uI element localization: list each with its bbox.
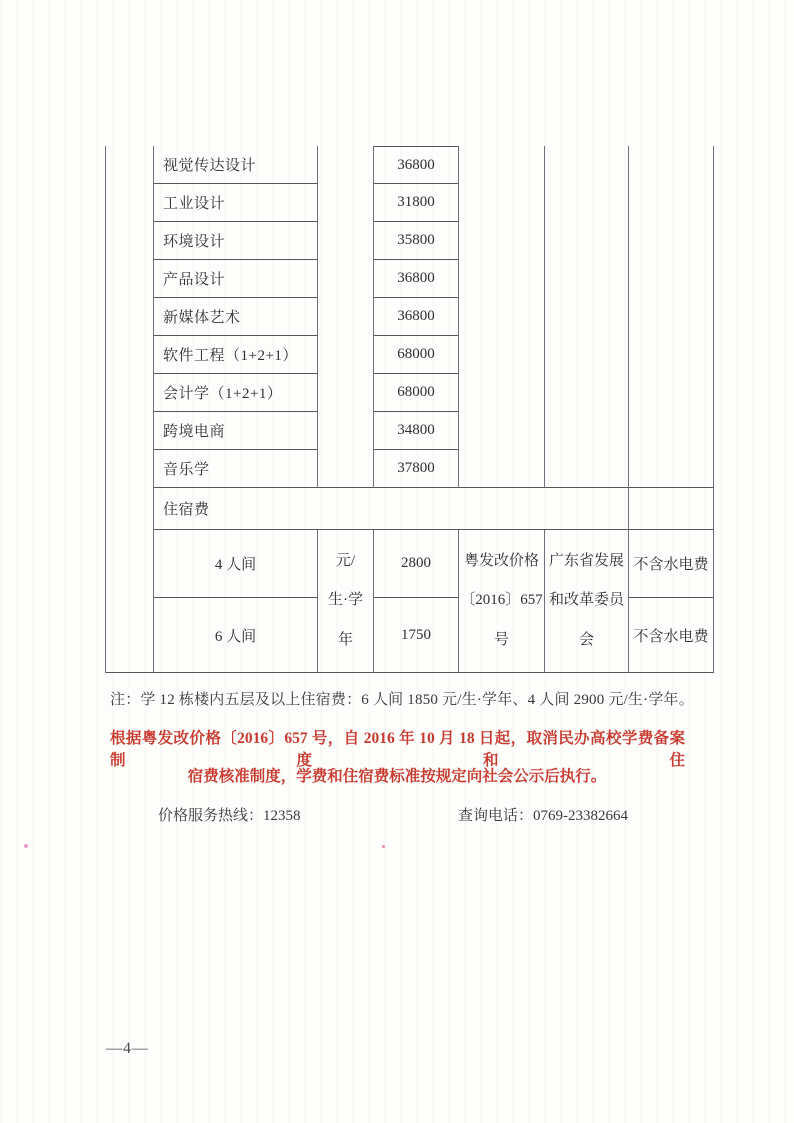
tuition-row-label: 环境设计 — [154, 222, 318, 260]
tuition-row-label: 会计学（1+2+1） — [154, 374, 318, 412]
tuition-row-label: 音乐学 — [154, 450, 318, 488]
tuition-row-label: 产品设计 — [154, 260, 318, 298]
scan-speck — [382, 845, 385, 848]
approval-authority-line: 广东省发展 — [549, 553, 624, 570]
dorm-note-text: 注：学 12 栋楼内五层及以上住宿费：6 人间 1850 元/生·学年、4 人间… — [110, 688, 694, 709]
tuition-row-amount: 36800 — [374, 146, 459, 184]
tuition-row-label: 跨境电商 — [154, 412, 318, 450]
price-service-hotline: 价格服务热线：12358 — [158, 804, 301, 825]
category-column-cell — [106, 146, 154, 673]
approval-authority-merged-cell — [545, 146, 629, 488]
unit-line: 元/ — [336, 553, 355, 570]
accommodation-row-label: 6 人间 — [154, 598, 318, 673]
tuition-row-label: 新媒体艺术 — [154, 298, 318, 336]
unit-line: 年 — [338, 632, 353, 649]
accommodation-row-amount: 2800 — [374, 530, 459, 598]
tuition-row-label: 视觉传达设计 — [154, 146, 318, 184]
tuition-row-amount: 36800 — [374, 298, 459, 336]
document-page: 视觉传达设计 工业设计 环境设计 产品设计 新媒体艺术 软件工程（1+2+1） … — [0, 0, 794, 1123]
approval-doc-line: 号 — [494, 632, 509, 649]
tuition-row-amount: 36800 — [374, 260, 459, 298]
accommodation-header: 住宿费 — [154, 488, 629, 530]
accommodation-row-remark: 不含水电费 — [629, 530, 714, 598]
unit-line: 生·学 — [328, 592, 363, 609]
page-number: —4— — [106, 1040, 149, 1058]
remark-merged-cell — [629, 146, 714, 488]
approval-doc-line: 〔2016〕657 — [460, 592, 543, 609]
tuition-row-amount: 68000 — [374, 374, 459, 412]
scan-speck — [24, 844, 28, 848]
approval-doc-merged-cell — [459, 146, 545, 488]
tuition-row-amount: 31800 — [374, 184, 459, 222]
approval-authority-line: 会 — [579, 632, 594, 649]
tuition-row-amount: 35800 — [374, 222, 459, 260]
inquiry-phone: 查询电话：0769-23382664 — [458, 804, 628, 825]
unit-cell: 元/ 生·学 年 — [318, 530, 374, 673]
approval-doc-line: 粤发改价格 — [464, 553, 539, 570]
accommodation-row-label: 4 人间 — [154, 530, 318, 598]
tuition-row-label: 软件工程（1+2+1） — [154, 336, 318, 374]
unit-column-merged-cell — [318, 146, 374, 488]
tuition-row-amount: 68000 — [374, 336, 459, 374]
accommodation-row-remark: 不含水电费 — [629, 598, 714, 673]
fee-table: 视觉传达设计 工业设计 环境设计 产品设计 新媒体艺术 软件工程（1+2+1） … — [105, 146, 713, 673]
accommodation-row-amount: 1750 — [374, 598, 459, 673]
approval-authority-line: 和改革委员 — [549, 592, 624, 609]
accommodation-header-right-cell — [629, 488, 714, 530]
tuition-row-amount: 37800 — [374, 450, 459, 488]
tuition-row-amount: 34800 — [374, 412, 459, 450]
tuition-row-label: 工业设计 — [154, 184, 318, 222]
approval-authority-cell: 广东省发展 和改革委员 会 — [545, 530, 629, 673]
approval-doc-cell: 粤发改价格 〔2016〕657 号 — [459, 530, 545, 673]
policy-notice-line-2: 宿费核准制度，学费和住宿费标准按规定向社会公示后执行。 — [0, 764, 794, 786]
